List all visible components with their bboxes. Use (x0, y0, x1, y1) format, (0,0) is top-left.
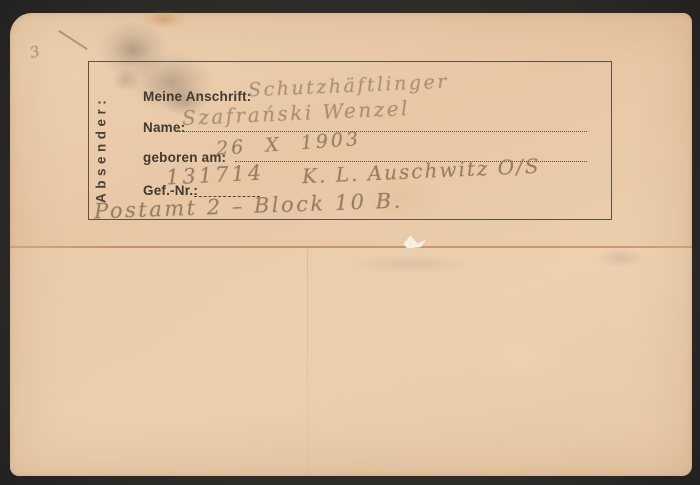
fold-crease (10, 246, 692, 248)
scanned-letter-back: 3 Absender: Meine Anschrift: Name: gebor… (0, 0, 700, 485)
name-label: Name: (143, 120, 185, 135)
anschrift-label: Meine Anschrift: (143, 89, 251, 104)
lower-paper-section (10, 248, 692, 476)
faint-pencil-marks (588, 245, 654, 271)
envelope-paper: 3 Absender: Meine Anschrift: Name: gebor… (10, 13, 692, 476)
vertical-crease (307, 249, 308, 476)
prisoner-number-handwriting: 131714 (165, 160, 264, 189)
ghost-writing-impression (332, 251, 492, 277)
pencil-stroke (58, 30, 87, 50)
name-dotted-line (179, 131, 587, 132)
margin-pencil-mark: 3 (28, 42, 42, 62)
